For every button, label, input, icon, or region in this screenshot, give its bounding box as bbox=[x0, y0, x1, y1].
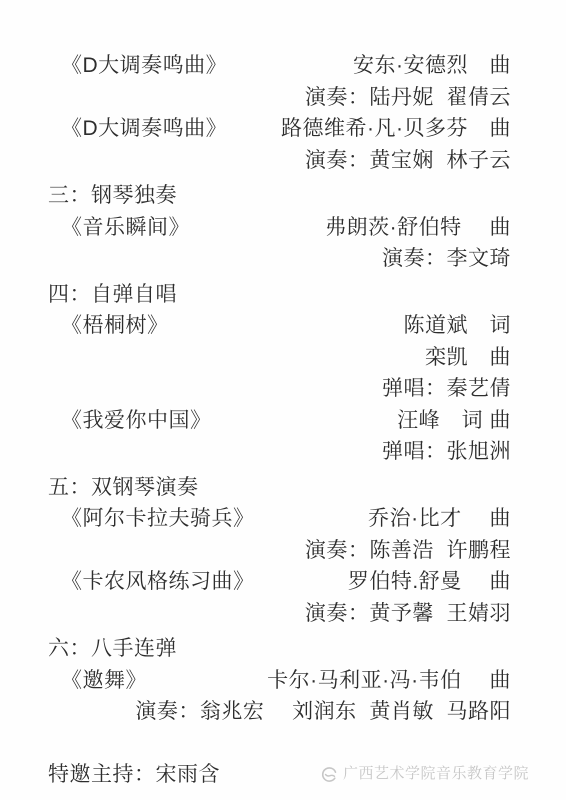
watermark: 广西艺术学院音乐教育学院 bbox=[320, 764, 529, 784]
program-row: 演奏：陈善浩 许鹏程 bbox=[48, 535, 511, 567]
performer-credit: 演奏：黄宝娴 林子云 bbox=[305, 145, 511, 177]
program-row: 《卡农风格练习曲》 罗伯特.舒曼 曲 bbox=[48, 566, 511, 598]
performer-credit: 演奏：翁兆宏 刘润东 黄肖敏 马路阳 bbox=[135, 696, 511, 728]
program-row: 《我爱你中国》 汪峰 词 曲 bbox=[48, 405, 511, 437]
program-row: 《邀舞》 卡尔·马利亚·冯·韦伯 曲 bbox=[48, 665, 511, 697]
program-row: 演奏：黄宝娴 林子云 bbox=[48, 145, 511, 177]
performer-credit: 弹唱：张旭洲 bbox=[382, 436, 511, 468]
piece-title: 《阿尔卡拉夫骑兵》 bbox=[48, 503, 255, 535]
piece-credit: 罗伯特.舒曼 曲 bbox=[348, 566, 511, 598]
program-row: 栾凯 曲 bbox=[48, 342, 511, 374]
footer-row: 特邀主持：宋雨含 广西艺术学院音乐教育学院 bbox=[48, 759, 511, 791]
performer-credit: 弹唱：秦艺倩 bbox=[382, 373, 511, 405]
performer-credit: 演奏：黄予馨 王婧羽 bbox=[305, 598, 511, 630]
program-row: 《梧桐树》 陈道斌 词 bbox=[48, 310, 511, 342]
section-heading-label: 五：双钢琴演奏 bbox=[48, 472, 199, 504]
piece-title: 《卡农风格练习曲》 bbox=[48, 566, 255, 598]
piece-credit: 乔治·比才 曲 bbox=[368, 503, 511, 535]
program-row: 演奏：翁兆宏 刘润东 黄肖敏 马路阳 bbox=[48, 696, 511, 728]
program-row: 弹唱：秦艺倩 bbox=[48, 373, 511, 405]
piece-title: 《D大调奏鸣曲》 bbox=[48, 50, 227, 82]
concert-program-page: 《D大调奏鸣曲》 安东·安德烈 曲 演奏：陆丹妮 翟倩云 《D大调奏鸣曲》 路德… bbox=[0, 0, 566, 800]
piece-credit: 路德维希·凡·贝多芬 曲 bbox=[281, 113, 511, 145]
piece-credit: 汪峰 词 曲 bbox=[397, 405, 511, 437]
performer-credit: 演奏：李文琦 bbox=[382, 243, 511, 275]
piece-title: 《邀舞》 bbox=[48, 665, 147, 697]
watermark-text: 广西艺术学院音乐教育学院 bbox=[343, 764, 529, 784]
composer-credit: 栾凯 曲 bbox=[425, 342, 511, 374]
program-row: 《D大调奏鸣曲》 安东·安德烈 曲 bbox=[48, 50, 511, 82]
host-label: 特邀主持：宋雨含 bbox=[48, 759, 220, 791]
program-row: 演奏：黄予馨 王婧羽 bbox=[48, 598, 511, 630]
piece-title: 《梧桐树》 bbox=[48, 310, 169, 342]
program-row: 《音乐瞬间》 弗朗茨·舒伯特 曲 bbox=[48, 212, 511, 244]
section-heading: 六：八手连弹 bbox=[48, 633, 511, 665]
section-heading: 五：双钢琴演奏 bbox=[48, 472, 511, 504]
piece-credit: 卡尔·马利亚·冯·韦伯 曲 bbox=[267, 665, 511, 697]
program-row: 演奏：李文琦 bbox=[48, 243, 511, 275]
section-heading-label: 三：钢琴独奏 bbox=[48, 180, 177, 212]
piece-title: 《D大调奏鸣曲》 bbox=[48, 113, 227, 145]
section-heading: 四：自弹自唱 bbox=[48, 279, 511, 311]
school-emblem-icon bbox=[320, 765, 338, 783]
piece-credit: 弗朗茨·舒伯特 曲 bbox=[325, 212, 511, 244]
piece-credit: 安东·安德烈 曲 bbox=[353, 50, 511, 82]
performer-credit: 演奏：陆丹妮 翟倩云 bbox=[305, 82, 511, 114]
program-row: 弹唱：张旭洲 bbox=[48, 436, 511, 468]
program-row: 演奏：陆丹妮 翟倩云 bbox=[48, 82, 511, 114]
section-heading-label: 四：自弹自唱 bbox=[48, 279, 177, 311]
section-heading: 三：钢琴独奏 bbox=[48, 180, 511, 212]
piece-title: 《我爱你中国》 bbox=[48, 405, 212, 437]
section-heading-label: 六：八手连弹 bbox=[48, 633, 177, 665]
program-row: 《阿尔卡拉夫骑兵》 乔治·比才 曲 bbox=[48, 503, 511, 535]
performer-credit: 演奏：陈善浩 许鹏程 bbox=[305, 535, 511, 567]
piece-title: 《音乐瞬间》 bbox=[48, 212, 190, 244]
program-row: 《D大调奏鸣曲》 路德维希·凡·贝多芬 曲 bbox=[48, 113, 511, 145]
piece-credit: 陈道斌 词 bbox=[404, 310, 512, 342]
